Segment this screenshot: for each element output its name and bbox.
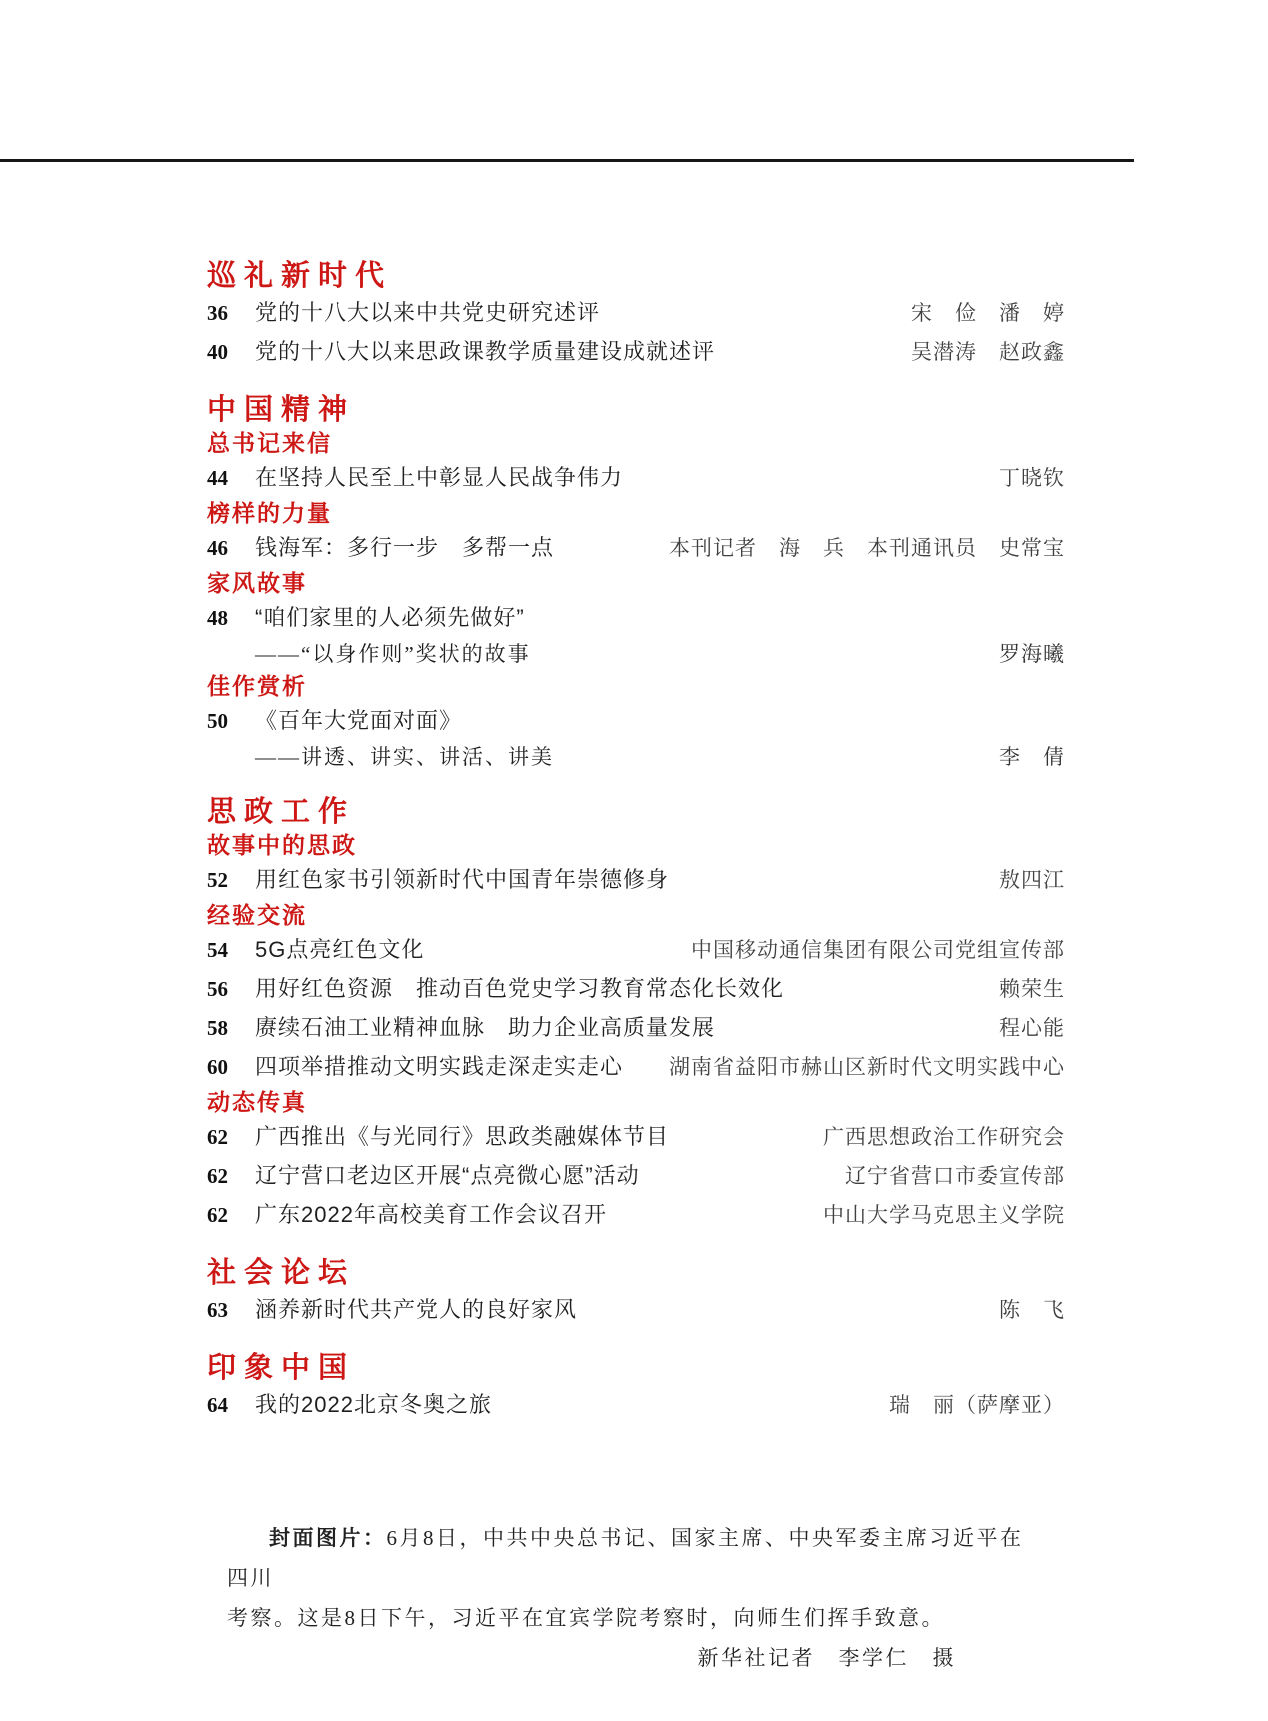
entry-page-number: 36 <box>207 294 255 332</box>
entry-page-number: 40 <box>207 333 255 371</box>
cover-caption-line2: 考察。这是8日下午，习近平在宜宾学院考察时，向师生们挥手致意。 <box>227 1598 1032 1638</box>
top-divider-rule <box>0 159 1134 162</box>
section-title: 社会论坛 <box>207 1255 1065 1291</box>
entry-page-number: 62 <box>207 1157 255 1195</box>
entry-author: 广西思想政治工作研究会 <box>799 1119 1065 1157</box>
cover-caption-line1: 封面图片：6月8日，中共中央总书记、国家主席、中央军委主席习近平在四川 <box>227 1518 1032 1598</box>
toc-section: 社会论坛63涵养新时代共产党人的良好家风陈 飞 <box>207 1255 1065 1330</box>
entry-author: 吴潜涛 赵政鑫 <box>887 334 1065 372</box>
entry-title: 四项举措推动文明实践走深走实走心 <box>255 1048 623 1086</box>
entry-author: 宋 俭 潘 婷 <box>887 295 1065 333</box>
entry-page-number: 58 <box>207 1009 255 1047</box>
entry-title: 广西推出《与光同行》思政类融媒体节目 <box>255 1118 669 1156</box>
column-subhead: 总书记来信 <box>207 428 1065 459</box>
entry-row: 44在坚持人民至上中彰显人民战争伟力丁晓钦 <box>207 459 1065 498</box>
entry-page-number: 54 <box>207 931 255 969</box>
section-title: 印象中国 <box>207 1350 1065 1386</box>
entry-title: 涵养新时代共产党人的良好家风 <box>255 1291 577 1329</box>
entry-page-number: 64 <box>207 1386 255 1424</box>
section-title: 巡礼新时代 <box>207 258 1065 294</box>
entry-author: 中国移动通信集团有限公司党组宣传部 <box>667 932 1065 970</box>
entry-row: 40党的十八大以来思政课教学质量建设成就述评吴潜涛 赵政鑫 <box>207 333 1065 372</box>
entry-page-number: 62 <box>207 1118 255 1156</box>
entry-row: 62辽宁营口老边区开展“点亮微心愿”活动辽宁省营口市委宣传部 <box>207 1157 1065 1196</box>
entry-row: 46钱海军：多行一步 多帮一点本刊记者 海 兵 本刊通讯员 史常宝 <box>207 529 1065 568</box>
entry-row: 62广西推出《与光同行》思政类融媒体节目广西思想政治工作研究会 <box>207 1118 1065 1157</box>
toc-section: 思政工作故事中的思政52用红色家书引领新时代中国青年崇德修身敖四江经验交流545… <box>207 794 1065 1235</box>
entry-title: 广东2022年高校美育工作会议召开 <box>255 1196 607 1234</box>
toc-section: 中国精神总书记来信44在坚持人民至上中彰显人民战争伟力丁晓钦榜样的力量46钱海军… <box>207 392 1065 774</box>
entry-author: 丁晓钦 <box>975 460 1065 498</box>
column-subhead: 故事中的思政 <box>207 830 1065 861</box>
entry-row: 62广东2022年高校美育工作会议召开中山大学马克思主义学院 <box>207 1196 1065 1235</box>
entry-author: 赖荣生 <box>975 971 1065 1009</box>
toc: 巡礼新时代36党的十八大以来中共党史研究述评宋 俭 潘 婷40党的十八大以来思政… <box>207 258 1065 1425</box>
entry-subtitle: ——讲透、讲实、讲活、讲美 <box>255 740 554 774</box>
toc-section: 巡礼新时代36党的十八大以来中共党史研究述评宋 俭 潘 婷40党的十八大以来思政… <box>207 258 1065 372</box>
entry-title: 5G点亮红色文化 <box>255 931 424 969</box>
entry-row: 48“咱们家里的人必须先做好” <box>207 599 1065 637</box>
entry-row: 56用好红色资源 推动百色党史学习教育常态化长效化赖荣生 <box>207 970 1065 1009</box>
entry-title: 用好红色资源 推动百色党史学习教育常态化长效化 <box>255 970 784 1008</box>
entry-author: 中山大学马克思主义学院 <box>799 1197 1065 1235</box>
magazine-toc-page: 巡礼新时代36党的十八大以来中共党史研究述评宋 俭 潘 婷40党的十八大以来思政… <box>0 0 1268 1721</box>
entry-page-number: 60 <box>207 1048 255 1086</box>
entry-subtitle-row: ——“以身作则”奖状的故事罗海曦 <box>207 637 1065 671</box>
entry-page-number: 46 <box>207 529 255 567</box>
entry-title: 《百年大党面对面》 <box>255 702 462 740</box>
entry-title: 在坚持人民至上中彰显人民战争伟力 <box>255 459 623 497</box>
entry-author: 李 倩 <box>975 740 1065 774</box>
column-subhead: 动态传真 <box>207 1087 1065 1118</box>
entry-page-number: 63 <box>207 1291 255 1329</box>
entry-page-number: 62 <box>207 1196 255 1234</box>
entry-page-number: 52 <box>207 861 255 899</box>
column-subhead: 榜样的力量 <box>207 498 1065 529</box>
cover-caption: 封面图片：6月8日，中共中央总书记、国家主席、中央军委主席习近平在四川 考察。这… <box>227 1518 1032 1678</box>
entry-title: 我的2022北京冬奥之旅 <box>255 1386 492 1424</box>
column-subhead: 家风故事 <box>207 568 1065 599</box>
entry-row: 545G点亮红色文化中国移动通信集团有限公司党组宣传部 <box>207 931 1065 970</box>
entry-title: 赓续石油工业精神血脉 助力企业高质量发展 <box>255 1009 715 1047</box>
entry-page-number: 50 <box>207 702 255 740</box>
entry-page-number: 56 <box>207 970 255 1008</box>
entry-title: 党的十八大以来思政课教学质量建设成就述评 <box>255 333 715 371</box>
entry-author: 敖四江 <box>975 862 1065 900</box>
entry-row: 64我的2022北京冬奥之旅瑞 丽（萨摩亚） <box>207 1386 1065 1425</box>
entry-row: 50《百年大党面对面》 <box>207 702 1065 740</box>
entry-title: 辽宁营口老边区开展“点亮微心愿”活动 <box>255 1157 640 1195</box>
toc-section: 印象中国64我的2022北京冬奥之旅瑞 丽（萨摩亚） <box>207 1350 1065 1425</box>
entry-page-number: 44 <box>207 459 255 497</box>
entry-subtitle-row: ——讲透、讲实、讲活、讲美李 倩 <box>207 740 1065 774</box>
cover-photo-credit: 新华社记者 李学仁 摄 <box>227 1638 1032 1678</box>
entry-author: 湖南省益阳市赫山区新时代文明实践中心 <box>645 1049 1065 1087</box>
section-title: 中国精神 <box>207 392 1065 428</box>
entry-row: 63涵养新时代共产党人的良好家风陈 飞 <box>207 1291 1065 1330</box>
entry-title: 用红色家书引领新时代中国青年崇德修身 <box>255 861 669 899</box>
entry-author: 瑞 丽（萨摩亚） <box>865 1387 1065 1425</box>
entry-page-number: 48 <box>207 599 255 637</box>
column-subhead: 经验交流 <box>207 900 1065 931</box>
entry-row: 58赓续石油工业精神血脉 助力企业高质量发展程心能 <box>207 1009 1065 1048</box>
entry-row: 36党的十八大以来中共党史研究述评宋 俭 潘 婷 <box>207 294 1065 333</box>
entry-author: 辽宁省营口市委宣传部 <box>821 1158 1065 1196</box>
entry-subtitle: ——“以身作则”奖状的故事 <box>255 637 531 671</box>
cover-caption-label: 封面图片： <box>269 1526 387 1550</box>
section-title: 思政工作 <box>207 794 1065 830</box>
column-subhead: 佳作赏析 <box>207 671 1065 702</box>
entry-title: 钱海军：多行一步 多帮一点 <box>255 529 554 567</box>
entry-author: 陈 飞 <box>975 1292 1065 1330</box>
entry-author: 罗海曦 <box>975 637 1065 671</box>
entry-row: 52用红色家书引领新时代中国青年崇德修身敖四江 <box>207 861 1065 900</box>
entry-author: 程心能 <box>975 1010 1065 1048</box>
entry-title: 党的十八大以来中共党史研究述评 <box>255 294 600 332</box>
entry-title: “咱们家里的人必须先做好” <box>255 599 525 637</box>
entry-row: 60四项举措推动文明实践走深走实走心湖南省益阳市赫山区新时代文明实践中心 <box>207 1048 1065 1087</box>
entry-author: 本刊记者 海 兵 本刊通讯员 史常宝 <box>645 530 1065 568</box>
